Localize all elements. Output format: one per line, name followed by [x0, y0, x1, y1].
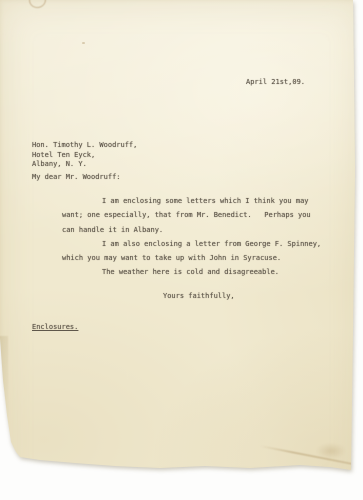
body-line-2: want; one especially, that from Mr. Bene…	[62, 208, 321, 222]
recipient-hotel: Hotel Ten Eyck,	[32, 151, 137, 161]
letter-date: April 21st,09.	[246, 78, 305, 86]
typewritten-text-layer: April 21st,09. Hon. Timothy L. Woodruff,…	[0, 0, 363, 500]
body-line-6: The weather here is cold and disagreeabl…	[62, 265, 321, 279]
body-line-1: I am enclosing some letters which I thin…	[62, 194, 321, 208]
recipient-city: Albany, N. Y.	[32, 160, 137, 170]
body-line-3: can handle it in Albany.	[62, 223, 321, 237]
letter-body: I am enclosing some letters which I thin…	[62, 194, 321, 280]
recipient-name: Hon. Timothy L. Woodruff,	[32, 141, 137, 151]
body-line-5: which you may want to take up with John …	[62, 251, 321, 265]
letter-page: April 21st,09. Hon. Timothy L. Woodruff,…	[0, 0, 363, 500]
closing-valediction: Yours faithfully,	[163, 292, 235, 300]
scanned-letter: April 21st,09. Hon. Timothy L. Woodruff,…	[0, 0, 363, 500]
letter-page-shadow: April 21st,09. Hon. Timothy L. Woodruff,…	[0, 0, 363, 500]
enclosures-note: Enclosures.	[32, 323, 78, 331]
recipient-address-block: Hon. Timothy L. Woodruff, Hotel Ten Eyck…	[32, 141, 137, 170]
body-line-4: I am also enclosing a letter from George…	[62, 237, 321, 251]
salutation: My dear Mr. Woodruff:	[32, 173, 121, 181]
